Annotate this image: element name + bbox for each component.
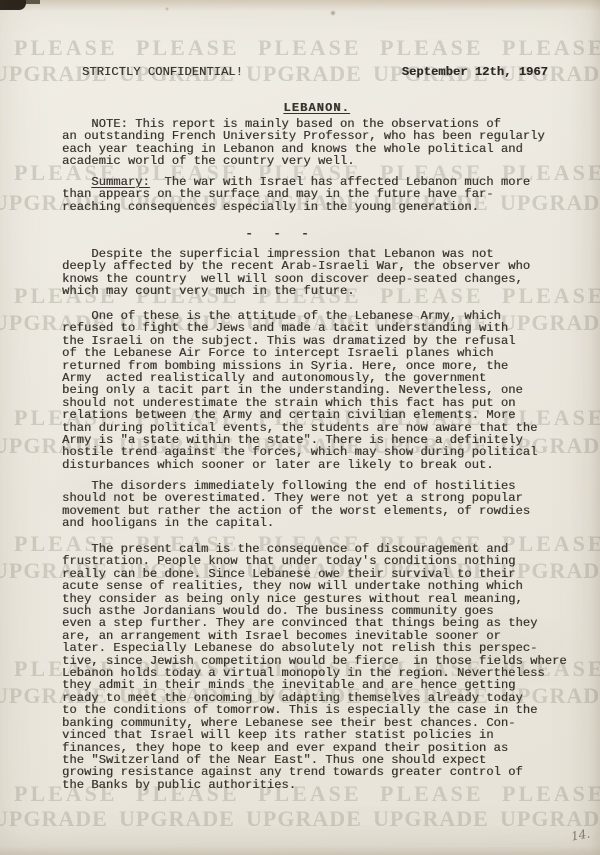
watermark-word: UPGRADE [373,808,500,830]
body-paragraph-3: The disorders immediately following the … [62,480,530,530]
document-header: STRICTLY CONFIDENTIAL! September 12th, 1… [82,66,548,78]
classification-label: STRICTLY CONFIDENTIAL! [82,66,243,78]
watermark-word: PLEASE [380,37,502,59]
scan-bottom-shadow [0,846,600,855]
watermark-word: UPGRADE [0,808,119,830]
watermark-word: PLEASE [14,37,136,59]
watermark-word: UPGRADE [246,808,373,830]
watermark-word: PLEASE [258,37,380,59]
document-title-text: LEBANON. [283,101,350,115]
scan-top-shadow [0,0,600,11]
scan-right-shadow [590,0,600,855]
summary-paragraph: Summary: The war with Israel has affecte… [62,176,530,213]
section-separator: - - - [0,228,578,240]
note-paragraph: NOTE: This report is mainly based on the… [62,118,545,168]
document-date: September 12th, 1967 [402,66,548,78]
watermark-row: PLEASEPLEASEPLEASEPLEASEPLEASEPLEASE [14,37,600,59]
body-paragraph-1: Despite the superficial impression that … [62,248,530,298]
watermark-word: PLEASE [502,37,600,59]
scan-corner-smudge [0,0,40,4]
watermark-row: UPGRADEUPGRADEUPGRADEUPGRADEUPGRADEUPGRA… [0,808,600,830]
scanned-document-page: PLEASEPLEASEPLEASEPLEASEPLEASEPLEASEUPGR… [0,0,600,855]
watermark-word: PLEASE [136,37,258,59]
body-paragraph-2: One of these is the attitude of the Leba… [62,310,537,471]
watermark-word: UPGRADE [119,808,246,830]
body-paragraph-4: The present calm is the consequence of d… [62,543,567,791]
